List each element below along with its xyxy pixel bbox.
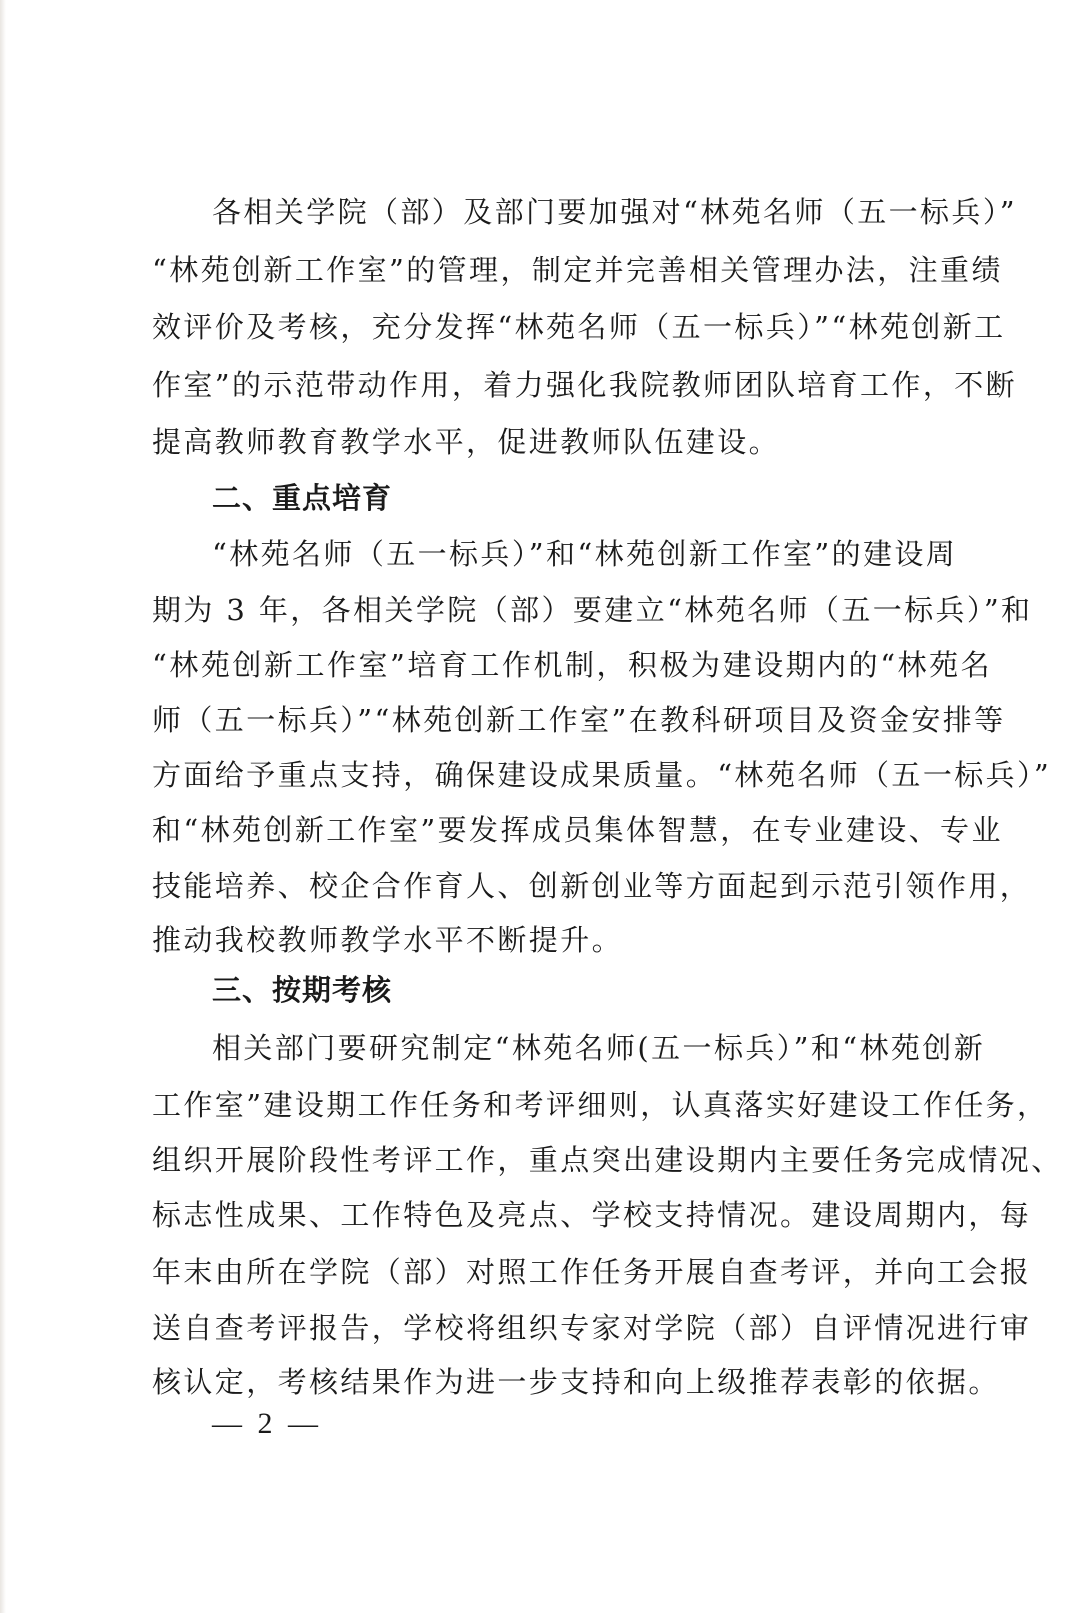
paragraph-2-line-5: 方面给予重点支持，确保建设成果质量。“林苑名师（五一标兵）” <box>152 755 992 795</box>
paragraph-3-line-6: 送自查考评报告，学校将组织专家对学院（部）自评情况进行审 <box>152 1308 992 1348</box>
section-heading-key-cultivation: 二、重点培育 <box>212 478 392 518</box>
paragraph-3-line-7: 核认定，考核结果作为进一步支持和向上级推荐表彰的依据。 <box>152 1362 992 1402</box>
paragraph-2-line-6: 和“林苑创新工作室”要发挥成员集体智慧，在专业建设、专业 <box>152 810 992 850</box>
paragraph-1-line-2: “林苑创新工作室”的管理，制定并完善相关管理办法，注重绩 <box>152 250 992 290</box>
paragraph-1-line-5: 提高教师教育教学水平，促进教师队伍建设。 <box>152 422 992 462</box>
paragraph-2-line-2: 期为 3 年，各相关学院（部）要建立“林苑名师（五一标兵）”和 <box>152 590 992 630</box>
section-heading-periodic-assessment: 三、按期考核 <box>212 970 392 1010</box>
paragraph-3-line-2: 工作室”建设期工作任务和考评细则，认真落实好建设工作任务， <box>152 1085 992 1125</box>
document-page: 各相关学院（部）及部门要加强对“林苑名师（五一标兵）” “林苑创新工作室”的管理… <box>0 0 1080 1613</box>
paragraph-3-line-5: 年末由所在学院（部）对照工作任务开展自查考评，并向工会报 <box>152 1252 992 1292</box>
paragraph-2-line-1: “林苑名师（五一标兵）”和“林苑创新工作室”的建设周 <box>212 534 990 574</box>
paragraph-3-line-3: 组织开展阶段性考评工作，重点突出建设期内主要任务完成情况、 <box>152 1140 992 1180</box>
paragraph-1-line-3: 效评价及考核，充分发挥“林苑名师（五一标兵）”“林苑创新工 <box>152 307 992 347</box>
paragraph-1-line-4: 作室”的示范带动作用，着力强化我院教师团队培育工作，不断 <box>152 365 992 405</box>
paragraph-1-line-1: 各相关学院（部）及部门要加强对“林苑名师（五一标兵）” <box>212 192 990 232</box>
paragraph-2-line-4: 师（五一标兵）”“林苑创新工作室”在教科研项目及资金安排等 <box>152 700 992 740</box>
paragraph-3-line-4: 标志性成果、工作特色及亮点、学校支持情况。建设周期内，每 <box>152 1195 992 1235</box>
page-number: — 2 — <box>212 1404 322 1444</box>
paragraph-2-line-8: 推动我校教师教学水平不断提升。 <box>152 920 992 960</box>
paragraph-2-line-3: “林苑创新工作室”培育工作机制，积极为建设期内的“林苑名 <box>152 645 992 685</box>
paragraph-3-line-1: 相关部门要研究制定“林苑名师(五一标兵）”和“林苑创新 <box>212 1028 990 1068</box>
paragraph-2-line-7: 技能培养、校企合作育人、创新创业等方面起到示范引领作用， <box>152 866 992 906</box>
